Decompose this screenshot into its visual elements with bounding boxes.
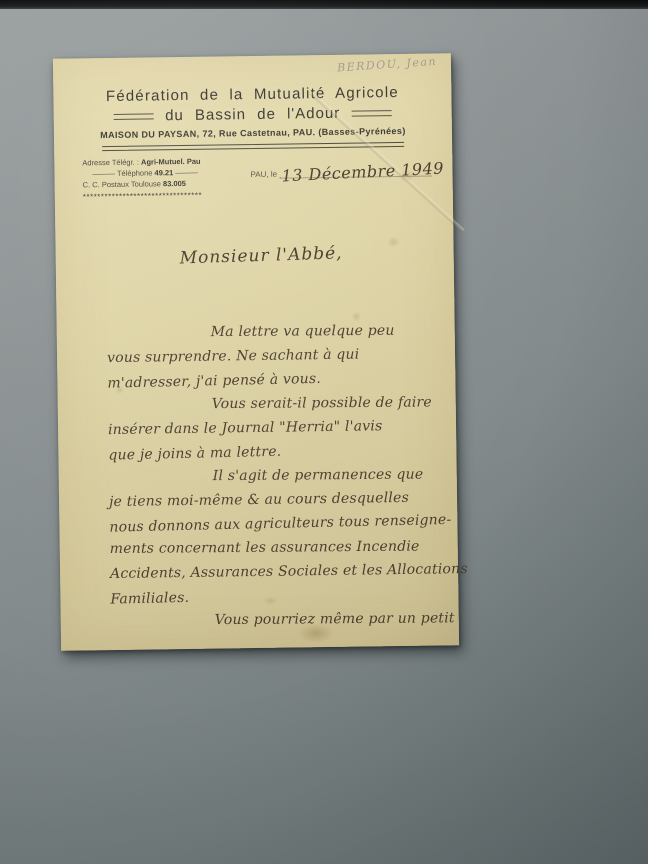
letterhead-org-name-line2-row: du Bassin de l'Adour — [54, 103, 452, 126]
date-label: PAU, le — [250, 170, 277, 179]
ccp-label: C. C. Postaux Toulouse — [83, 179, 161, 189]
telegraph-label: Adresse Télégr. : — [82, 158, 139, 168]
body-line: ments concernant les assurances Incendie — [110, 538, 468, 565]
letterhead-double-rule — [102, 142, 404, 151]
body-line: Vous pourriez même par un petit — [111, 610, 469, 637]
flourish-line-left — [114, 113, 154, 120]
ccp-value: 83.005 — [163, 179, 186, 188]
body-line: Vous serait-il possible de faire — [108, 394, 466, 421]
letterhead-address: MAISON DU PAYSAN, 72, Rue Castetnau, PAU… — [54, 125, 452, 141]
phone-dash-right: ——— — [175, 168, 198, 177]
flourish-line-right — [351, 110, 391, 117]
asterisk-rule: ********************************* — [83, 190, 202, 203]
photo-background: BERDOU, Jean Fédération de la Mutualité … — [0, 0, 648, 864]
letter-body: Ma lettre va quelque peu vous surprendre… — [107, 321, 469, 638]
telegraph-value: Agri-Mutuel. Pau — [141, 157, 201, 167]
handwritten-date: 13 Décembre 1949 — [281, 159, 444, 186]
phone-dash-left: ——— — [92, 169, 115, 178]
letterhead-org-name-line2: du Bassin de l'Adour — [165, 105, 340, 124]
pencil-annotation: BERDOU, Jean — [337, 55, 438, 75]
letterhead-contact-block: Adresse Télégr. : Agri-Mutuel. Pau ——— T… — [82, 156, 202, 203]
phone-value: 49.21 — [154, 168, 173, 177]
ccp-line: C. C. Postaux Toulouse 83.005 — [83, 178, 202, 191]
phone-label: Téléphone — [117, 168, 153, 177]
letter-paper: BERDOU, Jean Fédération de la Mutualité … — [53, 53, 459, 650]
photo-top-edge — [0, 0, 648, 9]
body-line: Il s'agit de permanences que — [109, 466, 467, 493]
date-dotted-rule: 13 Décembre 1949 — [279, 166, 431, 179]
letterhead-org-name-line1: Fédération de la Mutualité Agricole — [53, 83, 451, 106]
date-line: PAU, le 13 Décembre 1949 — [250, 166, 431, 180]
body-line: Ma lettre va quelque peu — [107, 322, 465, 349]
salutation: Monsieur l'Abbé, — [179, 243, 342, 268]
